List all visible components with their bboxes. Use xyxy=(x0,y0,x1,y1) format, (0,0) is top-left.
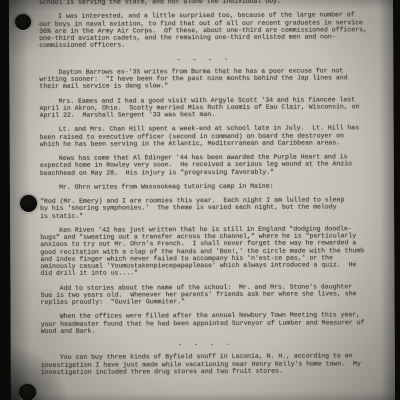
photo-background: school is serving the state, and not alo… xyxy=(0,0,400,400)
text-line: beachhead on May 28. His injury is "prog… xyxy=(40,168,370,177)
paragraph: I was interested, and a little surprised… xyxy=(39,11,369,49)
paragraph: Mrs. Eames and I had a good visit with A… xyxy=(39,96,369,119)
paragraph: Add to stories about the name of the sch… xyxy=(40,283,370,306)
text-line: investigation included three drug stores… xyxy=(41,367,371,376)
scanned-page: school is serving the state, and not alo… xyxy=(9,0,395,400)
text-line: replies proudly: "Guviler Gummiter." xyxy=(41,297,371,306)
section-separator: - - - - xyxy=(41,340,371,349)
paragraph: Mr. Ohrn writes from Wassookeag tutoring… xyxy=(40,182,370,191)
text-line: your headmaster found that he had been a… xyxy=(41,319,371,328)
paragraph: You can buy three kinds of Byfield snuff… xyxy=(41,352,371,375)
punch-hole xyxy=(19,384,36,400)
text-line: Mr. Ohrn writes from Wassookeag tutoring… xyxy=(40,182,370,191)
paragraph: Dayton Barrows ex-'35 writes from Burma … xyxy=(39,67,369,90)
punch-hole xyxy=(15,14,31,30)
section-separator: - - - - xyxy=(39,55,369,64)
punch-hole xyxy=(20,195,37,212)
text-line: did drill it into us...." xyxy=(40,268,370,277)
paragraph: News has come that Al Edinger '44 has be… xyxy=(40,153,370,176)
text-line: commissioned officers. xyxy=(39,40,369,49)
text-line: April 22. Marshall Sergent '33 was best … xyxy=(40,110,370,119)
text-line: Wood and Bark. xyxy=(41,326,371,335)
paragraph: Ken Riven '42 has just written that he i… xyxy=(40,225,370,277)
paragraph: When the offices were filled after the a… xyxy=(41,311,371,334)
text-line: school is serving the state, and not alo… xyxy=(39,0,369,6)
text-line: which he has been serving in the Atlanti… xyxy=(40,139,370,148)
text-line: their mail service is dang slow." xyxy=(39,81,369,90)
paragraph: "Rod (Mr. Emery) and I are roomies this … xyxy=(40,196,370,219)
paragraph: Lt. and Mrs. Chan Hill spent a week-end … xyxy=(40,124,370,147)
page-content: school is serving the state, and not alo… xyxy=(39,0,371,383)
paragraph: school is serving the state, and not alo… xyxy=(39,0,369,6)
